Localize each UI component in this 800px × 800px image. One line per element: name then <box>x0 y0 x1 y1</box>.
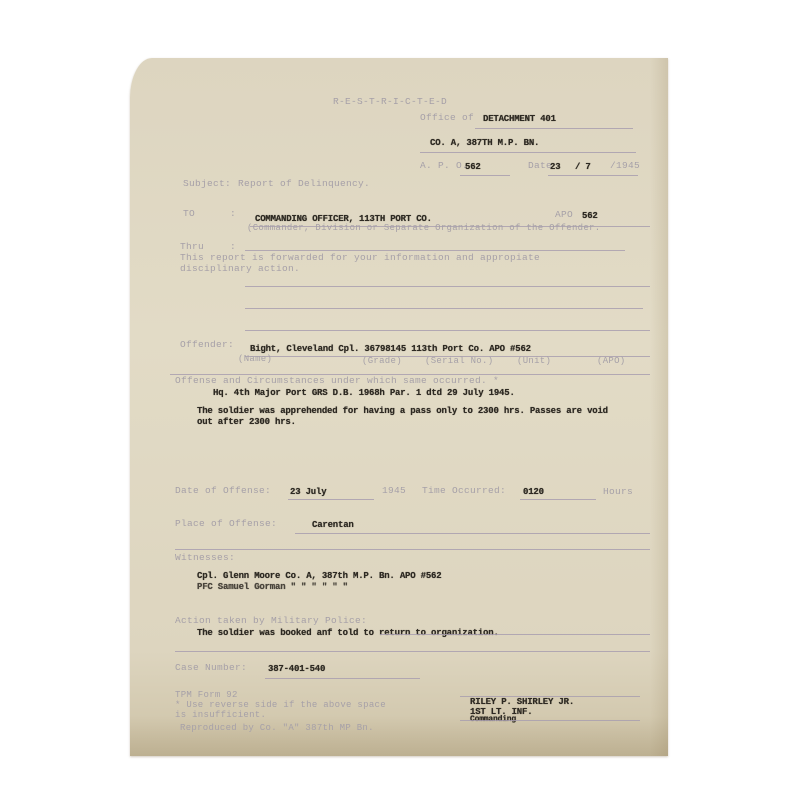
thru-colon: : <box>230 241 236 252</box>
offender-hint-name: (Name) <box>238 354 272 364</box>
case-number-label: Case Number: <box>175 662 247 673</box>
classification-stamp: R-E-S-T-R-I-C-T-E-D <box>333 96 447 107</box>
year-printed: 1945 <box>382 485 406 496</box>
action-rule-2 <box>175 651 650 652</box>
subject-label: Subject: <box>183 178 231 189</box>
offender-hint-serial: (Serial No.) <box>425 356 493 366</box>
time-occurred-value: 0120 <box>523 487 544 497</box>
date-rule <box>548 175 638 176</box>
thru-rule <box>245 250 625 251</box>
signature-rule-2 <box>460 720 640 721</box>
office-unit-rule <box>420 152 636 153</box>
offender-hint-apo: (APO) <box>597 356 626 366</box>
forward-line-1: This report is forwarded for your inform… <box>180 252 540 263</box>
blank-rule-3 <box>245 330 650 331</box>
time-rule <box>520 499 596 500</box>
offense-line-2: out after 2300 hrs. <box>197 417 296 427</box>
apo-value: 562 <box>465 162 481 172</box>
date-of-offense-value: 23 July <box>290 487 326 497</box>
apo-label: A. P. O. <box>420 160 468 171</box>
witnesses-label: Witnesses: <box>175 552 235 563</box>
place-label: Place of Offense: <box>175 518 277 529</box>
case-number-rule <box>265 678 420 679</box>
offense-line-1: The soldier was apprehended for having a… <box>197 406 608 416</box>
to-colon: : <box>230 208 236 219</box>
witnesses-rule <box>175 549 650 550</box>
to-hint: (Commander, Division or Separate Organiz… <box>247 223 600 233</box>
office-of-value: DETACHMENT 401 <box>483 114 556 124</box>
footer-note-1: * Use reverse side if the above space <box>175 700 386 710</box>
office-rule <box>475 128 633 129</box>
date-month-value: / 7 <box>575 162 591 172</box>
footer-form-number: TPM Form 92 <box>175 690 238 700</box>
date-label: Date <box>528 160 552 171</box>
apo-rule <box>460 175 510 176</box>
forward-line-2: disciplinary action. <box>180 263 300 274</box>
office-of-label: Office of <box>420 112 474 123</box>
offense-reference: Hq. 4th Major Port GRS D.B. 1968h Par. 1… <box>213 388 515 398</box>
offender-label: Offender: <box>180 339 234 350</box>
witness-1: Cpl. Glenn Moore Co. A, 387th M.P. Bn. A… <box>197 571 441 581</box>
hours-label: Hours <box>603 486 633 497</box>
case-number-value: 387-401-540 <box>268 664 325 674</box>
action-rule-1 <box>380 634 650 635</box>
footer-reproduced: Reproduced by Co. "A" 387th MP Bn. <box>180 723 374 733</box>
footer-note-2: is insufficient. <box>175 710 266 720</box>
blank-rule-1 <box>245 286 650 287</box>
date-of-offense-label: Date of Offense: <box>175 485 271 496</box>
place-value: Carentan <box>312 520 354 530</box>
subject-value: Report of Delinquency. <box>238 178 370 189</box>
to-apo-value: 562 <box>582 211 598 221</box>
blank-rule-2 <box>245 308 643 309</box>
to-apo-label: APO <box>555 209 573 220</box>
place-rule <box>295 533 650 534</box>
offense-label: Offense and Circumstances under which sa… <box>175 375 499 386</box>
action-value: The soldier was booked anf told to retur… <box>197 628 499 638</box>
date-year: /1945 <box>610 160 640 171</box>
date-of-offense-rule <box>288 499 374 500</box>
to-label: TO <box>183 208 195 219</box>
office-unit-value: CO. A, 387TH M.P. BN. <box>430 138 539 148</box>
offender-hint-grade: (Grade) <box>362 356 402 366</box>
action-label: Action taken by Military Police: <box>175 615 367 626</box>
offender-value: Bight, Cleveland Cpl. 36798145 113th Por… <box>250 344 531 354</box>
offender-hint-unit: (Unit) <box>517 356 551 366</box>
signature-name: RILEY P. SHIRLEY JR. <box>470 697 574 707</box>
thru-label: Thru <box>180 241 204 252</box>
time-occurred-label: Time Occurred: <box>422 485 506 496</box>
date-day-value: 23 <box>550 162 560 172</box>
delinquency-report-document: R-E-S-T-R-I-C-T-E-D Office of DETACHMENT… <box>130 58 668 756</box>
witness-2: PFC Samuel Gorman " " " " " " <box>197 582 348 592</box>
